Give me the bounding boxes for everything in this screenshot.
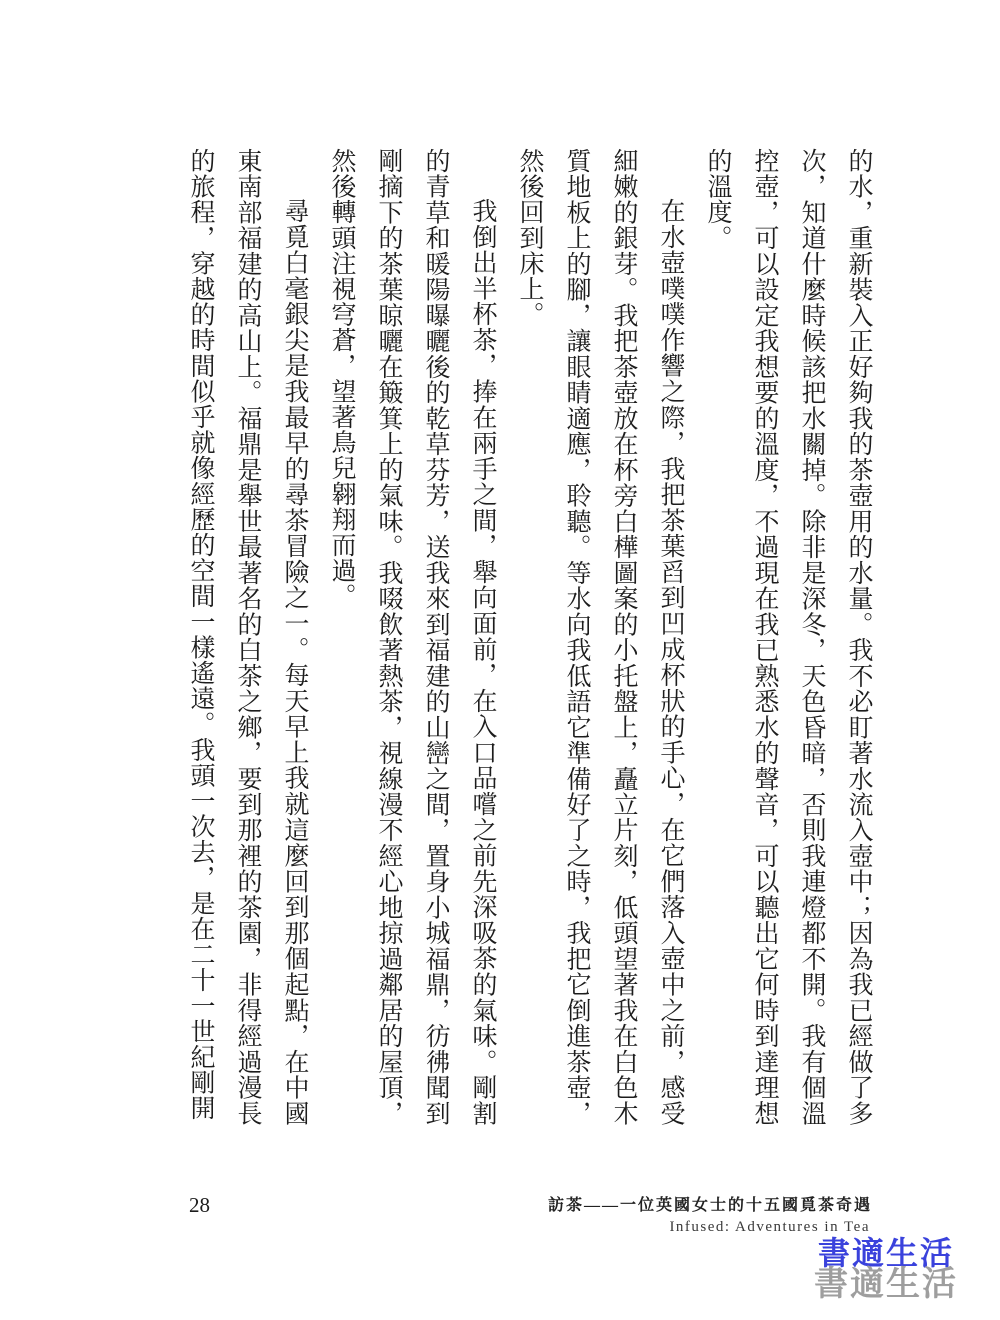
paragraph: 我倒出半杯茶，捧在兩手之間，舉向面前，在入口品嚐之前先深吸茶的氣味。剛割的青草和… (318, 148, 506, 1126)
body-text: 的水，重新裝入正好夠我的茶壺用的水量。我不必盯著水流入壺中；因為我已經做了多次，… (172, 148, 882, 1126)
paragraph: 的水，重新裝入正好夠我的茶壺用的水量。我不必盯著水流入壺中；因為我已經做了多次，… (694, 148, 882, 1126)
paragraph: 在水壺噗噗作響之際，我把茶葉舀到凹成杯狀的手心，在它們落入壺中之前，感受細嫩的銀… (506, 148, 694, 1126)
book-page: 的水，重新裝入正好夠我的茶壺用的水量。我不必盯著水流入壺中；因為我已經做了多次，… (0, 0, 1000, 1320)
page-number: 28 (189, 1193, 210, 1218)
footer-book-title-zh: 訪茶——一位英國女士的十五國覓茶奇遇 (548, 1192, 872, 1215)
paragraph: 尋覓白毫銀尖是我最早的尋茶冒險之一。每天早上我就這麼回到那個起點，在中國東南部福… (177, 148, 318, 1126)
watermark-gray: 書適生活 (814, 1256, 958, 1305)
